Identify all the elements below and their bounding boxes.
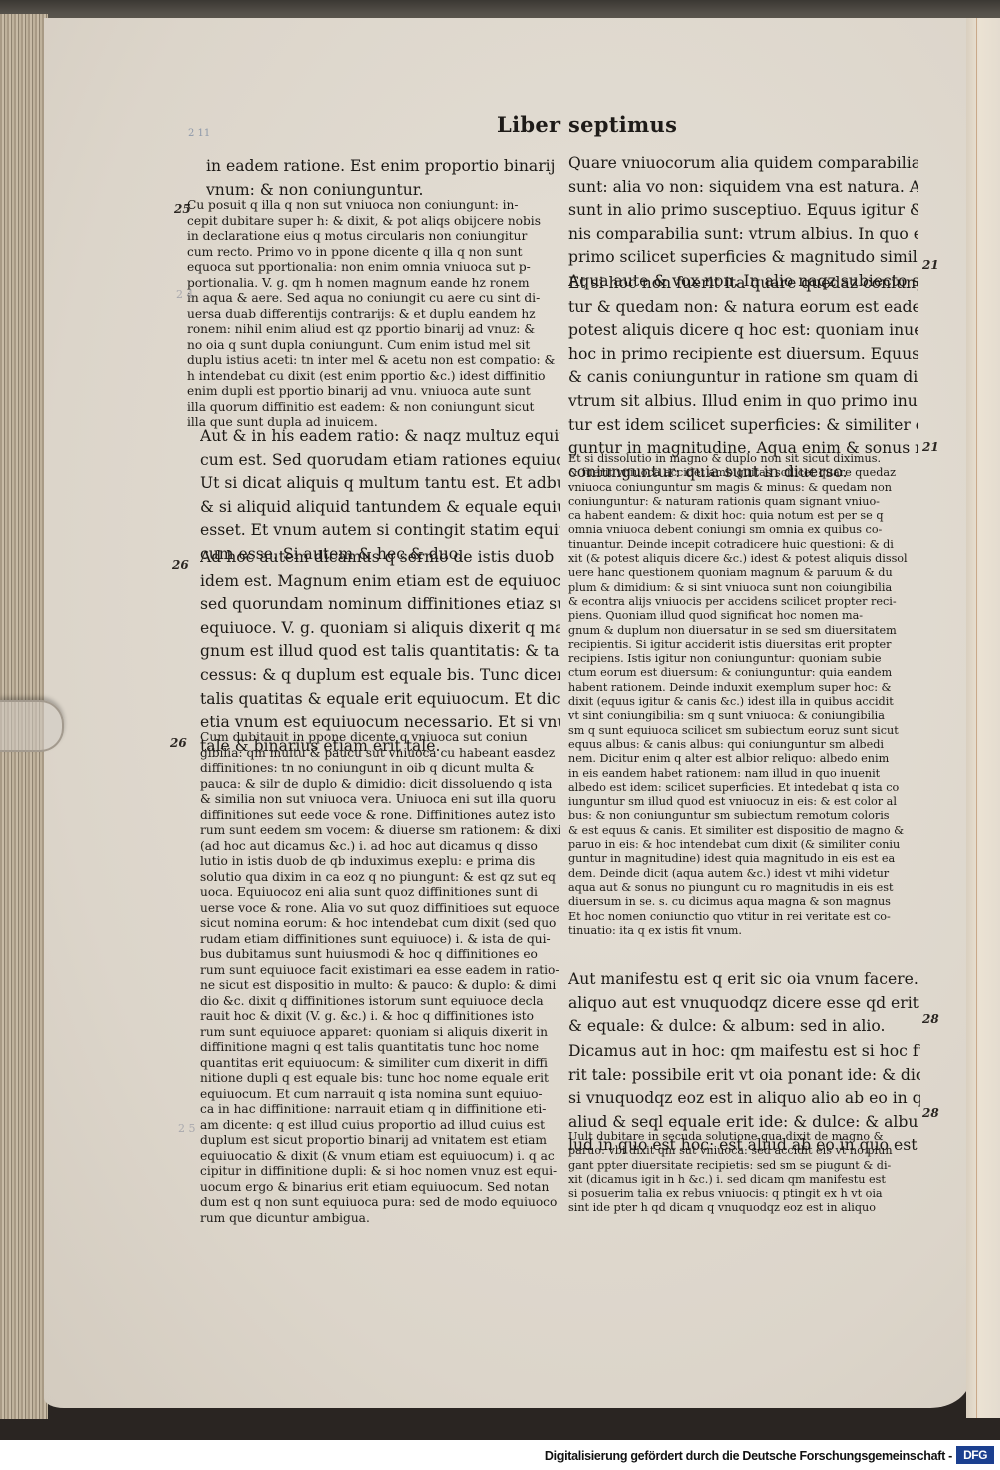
text-line: idem est. Magnum enim etiam est de equiu… bbox=[200, 570, 560, 594]
text-line: recipientis. Si igitur acciderit istis d… bbox=[568, 638, 920, 652]
text-line: Ut si dicat aliquis q multum tantu est. … bbox=[200, 472, 560, 496]
text-line: vtrum sit albius. Illud enim in quo prim… bbox=[568, 390, 918, 414]
text-line: sicut nomina eorum: & hoc intendebat cum… bbox=[200, 916, 560, 932]
text-line: (ad hoc aut dicamus &c.) i. ad hoc aut d… bbox=[200, 839, 560, 855]
text-line: Et si hoc non fuerit ita quare quedaz co… bbox=[568, 272, 918, 296]
text-line: portionalia. V. g. qm h nomen magnum ean… bbox=[187, 276, 559, 292]
left-commentary-2: Cum dubitauit in ppone dicente q vniuoca… bbox=[200, 730, 560, 1226]
text-line: habent rationem. Deinde induxit exemplum… bbox=[568, 681, 920, 695]
text-line: sunt: alia vo non: siquidem vna est natu… bbox=[568, 176, 918, 200]
text-line: gnum est illud quod est talis quantitati… bbox=[200, 640, 560, 664]
text-line: iunguntur sm illud quod est vniuocuz in … bbox=[568, 795, 920, 809]
text-line: in declaratione eius q motus circularis … bbox=[187, 229, 559, 245]
text-line: recipiens. Istis igitur non coniunguntur… bbox=[568, 652, 920, 666]
margin-marker: 28 bbox=[922, 1106, 939, 1120]
text-line: uocum ergo & binarius erit etiam equiuoc… bbox=[200, 1180, 560, 1196]
text-line: equoca sut pportionalia: non enim omnia … bbox=[187, 260, 559, 276]
text-line: primo scilicet superficies & magnitudo s… bbox=[568, 246, 918, 270]
text-line: equus albus: & canis albus: qui coniungu… bbox=[568, 738, 920, 752]
text-line: cepit dubitare super h: & dixit, & pot a… bbox=[187, 214, 559, 230]
margin-marker: 26 bbox=[170, 736, 187, 750]
right-commentary-1: Et si dissolutio in magno & duplo non si… bbox=[568, 452, 920, 938]
text-line: & similia non sut vniuoca vera. Uniuoca … bbox=[200, 792, 560, 808]
text-line: diffinitione magni q est talis quantitat… bbox=[200, 1040, 560, 1056]
text-line: gant ppter diuersitate recipietis: sed s… bbox=[568, 1159, 920, 1173]
text-line: quantitas erit equiuocum: & similiter cu… bbox=[200, 1056, 560, 1072]
text-line: sint ide pter h qd dicam q vnuquodqz eoz… bbox=[568, 1201, 920, 1215]
text-line: si posuerim talia ex rebus vniuocis: q p… bbox=[568, 1187, 920, 1201]
text-line: ctum eorum est diuersum: & coniunguntur:… bbox=[568, 666, 920, 680]
text-line: sunt in alio primo susceptiuo. Equus igi… bbox=[568, 199, 918, 223]
text-line: ca habent eandem: & dixit hoc: quia notu… bbox=[568, 509, 920, 523]
text-line: rit tale: possibile erit vt oia ponant i… bbox=[568, 1064, 920, 1088]
text-line: in eis eandem habet rationem: nam illud … bbox=[568, 767, 920, 781]
text-line: tinuatio: ita q ex istis fit vnum. bbox=[568, 924, 920, 938]
text-line: h intendebat cu dixit (est enim pportio … bbox=[187, 369, 559, 385]
text-line: tur & quedam non: & natura eorum est ead… bbox=[568, 296, 918, 320]
left-top-text: in eadem ratione. Est enim proportio bin… bbox=[206, 155, 558, 202]
text-line: cipitur in diffinitione dupli: & si hoc … bbox=[200, 1164, 560, 1180]
text-line: xit (dicamus igit in h &c.) i. sed dicam… bbox=[568, 1173, 920, 1187]
text-line: rum que dicuntur ambigua. bbox=[200, 1211, 560, 1227]
text-line: guntur in magnitudine) idest quia magnit… bbox=[568, 852, 920, 866]
text-line: uersa duab differentijs contrarijs: & et… bbox=[187, 307, 559, 323]
text-line: albedo est idem: scilicet superficies. E… bbox=[568, 781, 920, 795]
text-line: gnum & duplum non diuersatur in se sed s… bbox=[568, 624, 920, 638]
text-line: rudam etiam diffinitiones sunt equiuoce)… bbox=[200, 932, 560, 948]
text-line: solutio qua dixim in ca eoz q no piungun… bbox=[200, 870, 560, 886]
text-line: rum sunt equiuoce facit existimari ea es… bbox=[200, 963, 560, 979]
text-line: sed quorundam nominum diffinitiones etia… bbox=[200, 593, 560, 617]
text-line: no oia q sunt dupla coniungunt. Cum enim… bbox=[187, 338, 559, 354]
text-line: coniunguntur: & naturam rationis quam si… bbox=[568, 495, 920, 509]
ghost-margin-marker: 2 4 bbox=[176, 288, 194, 301]
text-line: pauca: & silr de duplo & dimidio: dicit … bbox=[200, 777, 560, 793]
text-line: omnia vniuoca debent coniungi sm omnia e… bbox=[568, 523, 920, 537]
text-line: Dicamus aut in hoc: qm maifestu est si h… bbox=[568, 1040, 920, 1064]
text-line: diuersum in se. s. cu dicimus aqua magna… bbox=[568, 895, 920, 909]
margin-marker: 21 bbox=[922, 440, 939, 454]
left-commentary-1: Cu posuit q illa q non sut vniuoca non c… bbox=[187, 198, 559, 431]
facing-page-edge bbox=[966, 18, 1000, 1418]
text-line: in eadem ratione. Est enim proportio bin… bbox=[206, 155, 558, 179]
text-line: xit (& potest aliquis dicere &c.) idest … bbox=[568, 552, 920, 566]
text-line: & equale: & dulce: & album: sed in alio. bbox=[568, 1015, 920, 1039]
text-line: aqua aut & sonus no piungunt cu ro magni… bbox=[568, 881, 920, 895]
text-line: Aut & in his eadem ratio: & naqz multuz … bbox=[200, 425, 560, 449]
text-line: duplu istius aceti: tn inter mel & acetu… bbox=[187, 353, 559, 369]
text-line: bus: & non coniunguntur sm subiectum rem… bbox=[568, 809, 920, 823]
text-line: duplum est sicut proportio binarij ad vn… bbox=[200, 1133, 560, 1149]
book-scan: 2 11 Liber septimus in eadem ratione. Es… bbox=[0, 0, 1000, 1440]
text-line: esset. Et vnum autem si contingit statim… bbox=[200, 519, 560, 543]
text-line: nem. Dicitur enim q alter est albior rel… bbox=[568, 752, 920, 766]
right-text-3: Aut manifestu est q erit sic oia vnum fa… bbox=[568, 968, 920, 1039]
text-line: Cu posuit q illa q non sut vniuoca non c… bbox=[187, 198, 559, 214]
text-line: nitione dupli q est equale bis: tunc hoc… bbox=[200, 1071, 560, 1087]
text-line: paruo in eis: & hoc intendebat cum dixit… bbox=[568, 838, 920, 852]
text-line: & econtra alijs vniuocis per accidens sc… bbox=[568, 595, 920, 609]
text-line: uere hanc questionem quoniam magnum & pa… bbox=[568, 566, 920, 580]
text-line: rauit hoc & dixit (V. g. &c.) i. & hoc q… bbox=[200, 1009, 560, 1025]
text-line: rum sunt equiuoce apparet: quoniam si al… bbox=[200, 1025, 560, 1041]
text-line: Aut manifestu est q erit sic oia vnum fa… bbox=[568, 968, 920, 992]
paper-clip-icon bbox=[0, 700, 64, 752]
text-line: rum sunt eedem sm vocem: & diuerse sm ra… bbox=[200, 823, 560, 839]
text-line: nis comparabilia sunt: vtrum albius. In … bbox=[568, 223, 918, 247]
text-line: vniuoca coniunguntur sm magis & minus: &… bbox=[568, 481, 920, 495]
text-line: in aqua & aere. Sed aqua no coniungit cu… bbox=[187, 291, 559, 307]
text-line: equiuoce. V. g. quoniam si aliquis dixer… bbox=[200, 617, 560, 641]
text-line: Quare vniuocorum alia quidem comparabili… bbox=[568, 152, 918, 176]
dfg-logo-icon: DFG bbox=[956, 1446, 994, 1464]
text-line: lutio in istis duob de qb induximus exep… bbox=[200, 854, 560, 870]
text-line: hoc in primo recipiente est diuersum. Eq… bbox=[568, 343, 918, 367]
text-line: diffinitiones: tn no coniungunt in oib q… bbox=[200, 761, 560, 777]
margin-marker: 26 bbox=[172, 558, 189, 572]
text-line: Et si dissolutio in magno & duplo non si… bbox=[568, 452, 920, 466]
text-line: am dicente: q est illud cuius proportio … bbox=[200, 1118, 560, 1134]
text-line: aliquo aut est vnuquodqz dicere esse qd … bbox=[568, 992, 920, 1016]
ghost-margin-marker: 2 5 bbox=[178, 1122, 196, 1135]
text-line: cum est. Sed quorudam etiam rationes equ… bbox=[200, 449, 560, 473]
text-line: uoca. Equiuocoz eni alia sunt quoz diffi… bbox=[200, 885, 560, 901]
text-line: diffinitiones sut eede voce & rone. Diff… bbox=[200, 808, 560, 824]
funding-credit: Digitalisierung gefördert durch die Deut… bbox=[545, 1449, 952, 1463]
text-line: Uult dubitare in secuda solutione qua di… bbox=[568, 1130, 920, 1144]
text-line: ronem: nihil enim aliud est qz pportio b… bbox=[187, 322, 559, 338]
text-line: dio &c. dixit q diffinitiones istorum su… bbox=[200, 994, 560, 1010]
text-line: dixit (equus igitur & canis &c.) idest i… bbox=[568, 695, 920, 709]
text-line: dum est q non sunt equiuoca pura: sed de… bbox=[200, 1195, 560, 1211]
text-line: & est equus & canis. Et similiter est di… bbox=[568, 824, 920, 838]
text-line: sm q sunt equiuoca scilicet sm subiectum… bbox=[568, 724, 920, 738]
page-fold-line bbox=[976, 18, 977, 1418]
folio-ghost-number: 2 11 bbox=[188, 128, 210, 139]
text-line: vt sint coniungibilia: sm q sunt vniuoca… bbox=[568, 709, 920, 723]
margin-marker: 21 bbox=[922, 258, 939, 272]
text-line: equiuocum. Et cum narrauit q ista nomina… bbox=[200, 1087, 560, 1103]
left-text-2: Ad hoc autem dicamus q sermo de istis du… bbox=[200, 546, 560, 758]
text-line: ca in hac diffinitione: narrauit etiam q… bbox=[200, 1102, 560, 1118]
text-line: dem. Deinde dicit (aqua autem &c.) idest… bbox=[568, 867, 920, 881]
text-line: Cum dubitauit in ppone dicente q vniuoca… bbox=[200, 730, 560, 746]
text-line: tinuantur. Deinde incepit cotradicere hu… bbox=[568, 538, 920, 552]
text-line: piens. Quoniam illud quod significat hoc… bbox=[568, 609, 920, 623]
text-line: uerse voce & rone. Alia vo sut quoz diff… bbox=[200, 901, 560, 917]
text-line: gibilia: qm multu & paucu sut vniuoca cu… bbox=[200, 746, 560, 762]
running-head: Liber septimus bbox=[497, 112, 677, 137]
text-line: cum recto. Primo vo in ppone dicente q i… bbox=[187, 245, 559, 261]
text-line: talis quatitas & equale erit equiuocum. … bbox=[200, 688, 560, 712]
footer-bar: Digitalisierung gefördert durch die Deut… bbox=[0, 1440, 1000, 1470]
text-line: si vnuquodqz eoz est in aliquo alio ab e… bbox=[568, 1087, 920, 1111]
text-line: potest aliquis dicere q hoc est: quoniam… bbox=[568, 319, 918, 343]
text-line: plum & dimidium: & si sint vniuoca sunt … bbox=[568, 581, 920, 595]
text-line: enim dupli est pportio binarij ad vnu. v… bbox=[187, 384, 559, 400]
text-line: Ad hoc autem dicamus q sermo de istis du… bbox=[200, 546, 560, 570]
text-line: & si aliquid aliquid tantundem & equale … bbox=[200, 496, 560, 520]
text-line: bus dubitamus sunt huiusmodi & hoc q dif… bbox=[200, 947, 560, 963]
text-line: & fuerit vniuoca accidet ambiguitas scil… bbox=[568, 466, 920, 480]
right-commentary-2: Uult dubitare in secuda solutione qua di… bbox=[568, 1130, 920, 1216]
text-line: & canis coniunguntur in ratione sm quam … bbox=[568, 366, 918, 390]
text-line: ne sicut est dispositio in multo: & pauc… bbox=[200, 978, 560, 994]
text-line: Et hoc nomen coniunctio quo vtitur in re… bbox=[568, 910, 920, 924]
margin-marker: 28 bbox=[922, 1012, 939, 1026]
text-line: equiuocatio & dixit (& vnum etiam est eq… bbox=[200, 1149, 560, 1165]
text-line: cessus: & q duplum est equale bis. Tunc … bbox=[200, 664, 560, 688]
text-line: illa quorum diffinitio est eadem: & non … bbox=[187, 400, 559, 416]
text-line: paruo: vbi dixit qm sut vniuoca: sed acc… bbox=[568, 1144, 920, 1158]
text-line: tur est idem scilicet superficies: & sim… bbox=[568, 414, 918, 438]
